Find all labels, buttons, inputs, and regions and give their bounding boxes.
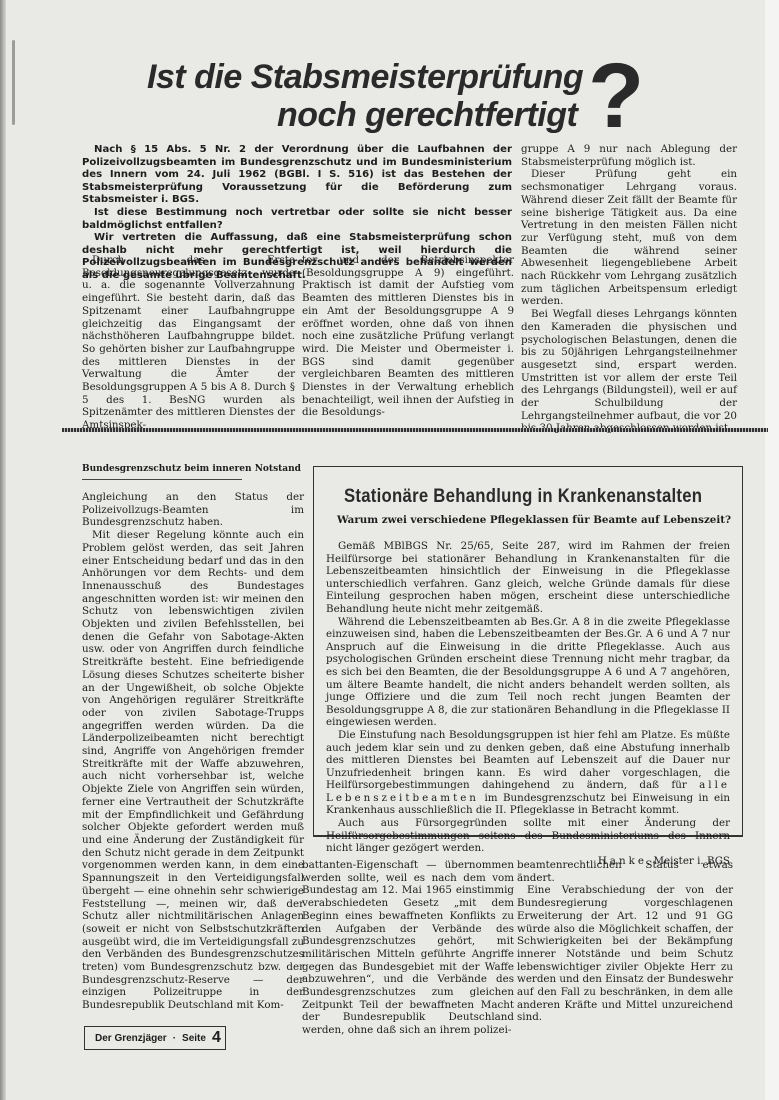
box-para-4: Auch aus Fürsorgegründen sollte mit eine… [326,817,730,855]
article1-column-2: tor und der Betriebsinspektor (Besoldung… [302,254,514,419]
scan-artifact [12,40,15,125]
page-number: 4 [212,1029,221,1047]
box-para-1: Gemäß MBlBGS Nr. 25/65, Seite 287, wird … [326,540,730,616]
article1-column-3: gruppe A 9 nur nach Ablegung der Stabsme… [521,143,737,435]
article1-col1-text: Durch das Erste Besoldungsneuregelungsge… [82,254,295,432]
article2-column-3: beamtenrechtlichen Status etwas ändert. … [517,859,733,1024]
lead-sentence-2: Ist diese Bestimmung noch vertretbar ode… [82,207,512,232]
question-mark-glyph: ? [588,50,644,142]
boxed-article-body: Gemäß MBlBGS Nr. 25/65, Seite 287, wird … [326,540,730,867]
boxed-article-title: Stationäre Behandlung in Krankenanstalte… [344,486,702,508]
article2-column-2: battanten-Eigenschaft — übernommen werde… [302,859,514,1037]
article1-col2-text: tor und der Betriebsinspektor (Besoldung… [302,254,514,419]
boxed-article-subtitle: Warum zwei verschiedene Pflegeklassen fü… [337,514,731,526]
article1-col3-para-3: Bei Wegfall dieses Lehrgangs könnten den… [521,308,737,435]
signature-line: Hanke, Meister i. BGS [326,855,730,868]
article1-col3-para-1: gruppe A 9 nur nach Ablegung der Stabsme… [521,143,737,168]
section-divider [62,428,768,432]
publication-name: Der Grenzjäger [95,1033,167,1044]
box-para-2: Während die Lebenszeitbeamten ab Bes.Gr.… [326,616,730,729]
scan-page-margin [765,0,779,1100]
article1-col3-para-2: Dieser Prüfung geht ein sechsmonatiger L… [521,168,737,308]
footer-separator: · [173,1033,176,1044]
article2-col2-text: battanten-Eigenschaft — übernommen werde… [302,859,514,1037]
article2-col3-para-2: Eine Verabschiedung der von der Bundesre… [517,884,733,1024]
page-label: Seite [182,1033,206,1044]
article1-column-1: Durch das Erste Besoldungsneuregelungsge… [82,254,295,432]
article2-col1-para-2: Mit dieser Regelung könnte auch ein Prob… [82,529,304,1012]
headline-line-1: Ist die Stabsmeisterprüfung [147,58,583,97]
section-label: Bundesgrenzschutz beim inneren Notstand [82,464,301,474]
lead-sentence-1: Nach § 15 Abs. 5 Nr. 2 der Verordnung üb… [82,144,512,207]
author-name: Hanke [598,855,647,867]
article2-column-1: Angleichung an den Status der Polizeivol… [82,491,304,1012]
headline-line-2: noch gerechtfertigt [277,96,577,135]
author-rank: , Meister i. BGS [647,855,730,867]
page-footer: Der Grenzjäger · Seite 4 [84,1026,226,1050]
author-signature: Hanke, Meister i. BGS [598,855,730,868]
article2-col1-para-1: Angleichung an den Status der Polizeivol… [82,491,304,529]
section-label-rule [82,479,242,480]
box-para-3-text-a: Die Einstufung nach Besoldungsgruppen is… [326,729,730,791]
box-para-3: Die Einstufung nach Besoldungsgruppen is… [326,729,730,817]
scan-binding-edge [0,0,6,1100]
